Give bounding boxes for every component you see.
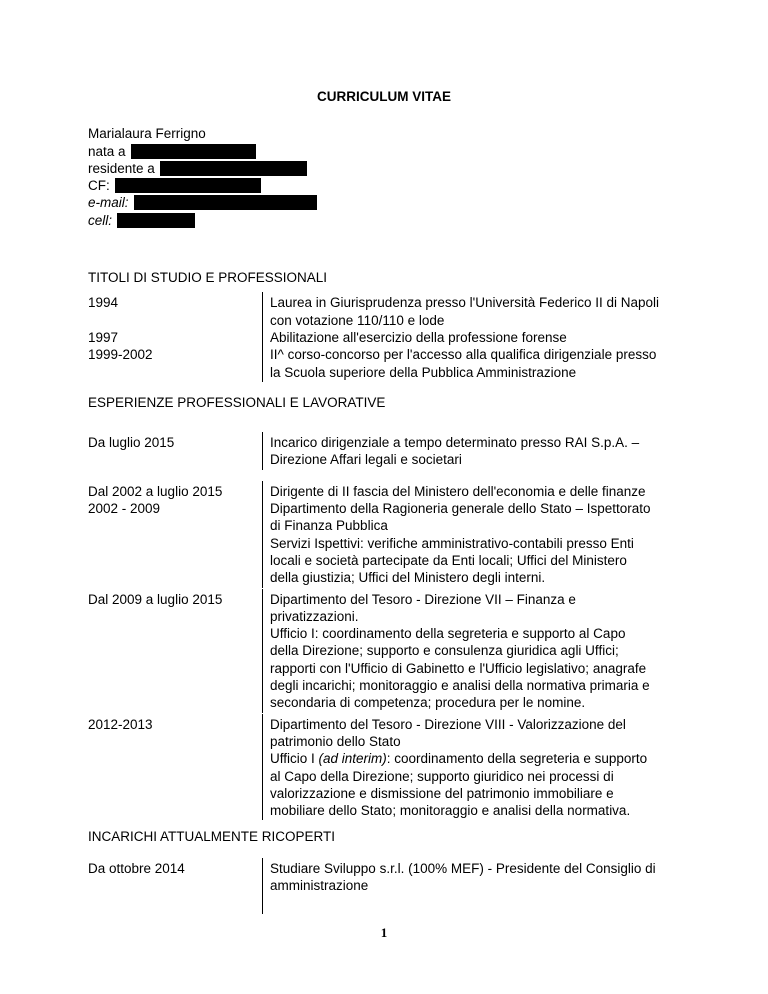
page-title: CURRICULUM VITAE bbox=[88, 88, 680, 105]
esperienze-group-rai: Da luglio 2015 Incarico dirigenziale a t… bbox=[88, 432, 768, 470]
personal-field-birthplace: nata a bbox=[88, 143, 768, 160]
titoli-table: 1994 Laurea in Giurisprudenza presso l'U… bbox=[88, 292, 768, 381]
esperienze-group-mef: Dal 2002 a luglio 2015 Dirigente di II f… bbox=[88, 481, 768, 588]
section-heading-titoli: TITOLI DI STUDIO E PROFESSIONALI bbox=[88, 269, 768, 286]
period-label: 1999-2002 bbox=[88, 346, 262, 382]
period-label: Da luglio 2015 bbox=[88, 432, 262, 470]
personal-info-block: Marialaura Ferrigno nata a residente a C… bbox=[88, 125, 768, 229]
redacted-residence bbox=[160, 161, 307, 176]
entry-text: Incarico dirigenziale a tempo determinat… bbox=[262, 432, 700, 470]
incarichi-group: Da ottobre 2014 Studiare Sviluppo s.r.l.… bbox=[88, 858, 768, 915]
field-label-email: e-mail: bbox=[88, 195, 129, 210]
cv-page: CURRICULUM VITAE Marialaura Ferrigno nat… bbox=[0, 0, 768, 942]
period-label: Dal 2002 a luglio 2015 bbox=[88, 481, 262, 500]
period-label: 2002 - 2009 bbox=[88, 500, 262, 587]
table-row: Dal 2002 a luglio 2015 Dirigente di II f… bbox=[88, 481, 700, 500]
section-heading-esperienze: ESPERIENZE PROFESSIONALI E LAVORATIVE bbox=[88, 394, 768, 411]
entry-text-italic: (ad interim) bbox=[319, 751, 387, 766]
field-label-cell: cell: bbox=[88, 213, 112, 228]
entry-text: Abilitazione all'esercizio della profess… bbox=[262, 329, 700, 346]
field-label-birthplace: nata a bbox=[88, 144, 126, 159]
table-row: 1999-2002 II^ corso-concorso per l'acces… bbox=[88, 346, 700, 382]
table-row: Dal 2009 a luglio 2015 Dipartimento del … bbox=[88, 589, 700, 713]
page-number: 1 bbox=[88, 924, 680, 941]
entry-text: II^ corso-concorso per l'accesso alla qu… bbox=[262, 346, 700, 382]
esperienze-group-tesoro-viii: 2012-2013 Dipartimento del Tesoro - Dire… bbox=[88, 714, 768, 821]
entry-text: Laurea in Giurisprudenza presso l'Univer… bbox=[262, 292, 700, 329]
redacted-birthplace bbox=[131, 144, 256, 159]
personal-field-email: e-mail: bbox=[88, 194, 768, 211]
table-row: Da luglio 2015 Incarico dirigenziale a t… bbox=[88, 432, 700, 470]
table-row: 2002 - 2009 Dipartimento della Ragioneri… bbox=[88, 500, 700, 587]
personal-field-cf: CF: bbox=[88, 177, 768, 194]
period-label: 2012-2013 bbox=[88, 714, 262, 821]
entry-text: Dipartimento del Tesoro - Direzione VII … bbox=[262, 589, 700, 713]
redacted-email bbox=[134, 195, 317, 210]
field-label-residence: residente a bbox=[88, 161, 155, 176]
section-heading-incarichi: INCARICHI ATTUALMENTE RICOPERTI bbox=[88, 828, 768, 845]
section-incarichi: INCARICHI ATTUALMENTE RICOPERTI Da ottob… bbox=[88, 828, 768, 914]
table-row: 1997 Abilitazione all'esercizio della pr… bbox=[88, 329, 700, 346]
personal-field-cell: cell: bbox=[88, 212, 768, 229]
section-esperienze: ESPERIENZE PROFESSIONALI E LAVORATIVE Da… bbox=[88, 394, 768, 821]
entry-text: Dipartimento della Ragioneria generale d… bbox=[262, 500, 700, 587]
person-name: Marialaura Ferrigno bbox=[88, 125, 768, 142]
personal-field-residence: residente a bbox=[88, 160, 768, 177]
period-label: 1997 bbox=[88, 329, 262, 346]
redacted-cell bbox=[117, 213, 195, 228]
redacted-cf bbox=[115, 178, 261, 193]
entry-text: Dirigente di II fascia del Ministero del… bbox=[262, 481, 700, 500]
table-row: 2012-2013 Dipartimento del Tesoro - Dire… bbox=[88, 714, 700, 821]
section-titoli: TITOLI DI STUDIO E PROFESSIONALI 1994 La… bbox=[88, 269, 768, 382]
period-label: Da ottobre 2014 bbox=[88, 858, 262, 915]
field-label-cf: CF: bbox=[88, 178, 110, 193]
table-row: Da ottobre 2014 Studiare Sviluppo s.r.l.… bbox=[88, 858, 700, 915]
table-row: 1994 Laurea in Giurisprudenza presso l'U… bbox=[88, 292, 700, 329]
period-label: Dal 2009 a luglio 2015 bbox=[88, 589, 262, 713]
entry-text: Studiare Sviluppo s.r.l. (100% MEF) - Pr… bbox=[262, 858, 700, 915]
period-label: 1994 bbox=[88, 292, 262, 329]
entry-text: Dipartimento del Tesoro - Direzione VIII… bbox=[262, 714, 700, 821]
esperienze-group-tesoro-vii: Dal 2009 a luglio 2015 Dipartimento del … bbox=[88, 589, 768, 713]
